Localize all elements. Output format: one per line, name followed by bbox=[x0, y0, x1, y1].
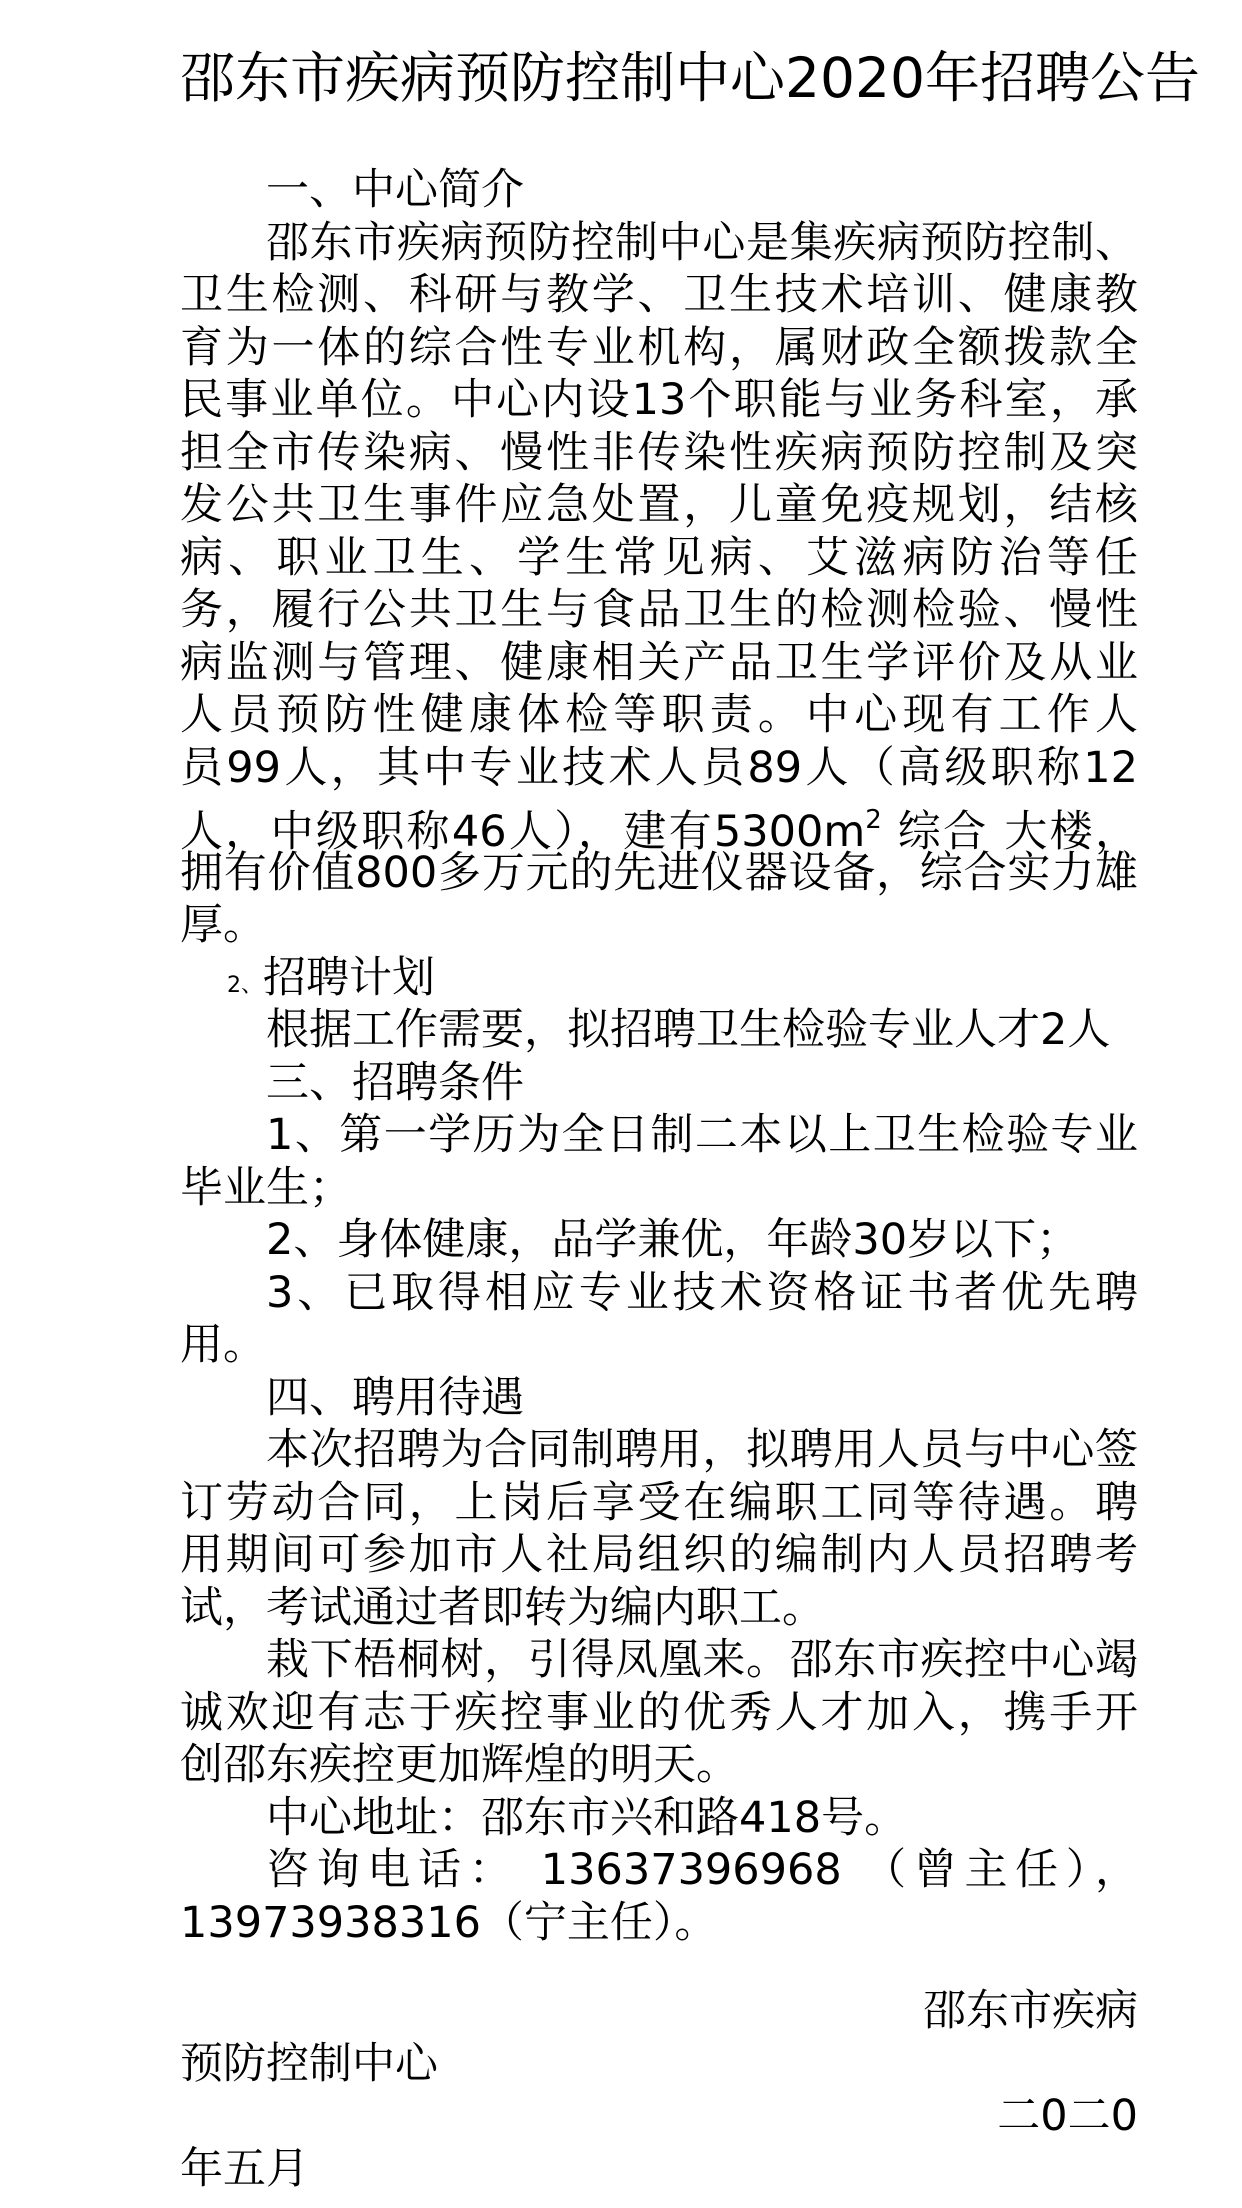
line-segment: 诚欢迎有志于疾控事业的优秀人才加入，携手开 bbox=[180, 1688, 1138, 1738]
line-segment: 创邵东疾控更加辉煌的明天。 bbox=[180, 1740, 739, 1790]
document-line: 育为一体的综合性专业机构，属财政全额拨款全 bbox=[180, 322, 1138, 375]
document-line: 务，履行公共卫生与食品卫生的检测检验、慢性 bbox=[180, 584, 1138, 637]
document-line: 卫生检测、科研与教学、卫生技术培训、健康教 bbox=[180, 269, 1138, 322]
line-segment: 二0二0 bbox=[997, 2091, 1138, 2141]
document-line: 试，考试通过者即转为编内职工。 bbox=[180, 1582, 1138, 1635]
line-segment: 育为一体的综合性专业机构，属财政全额拨款全 bbox=[180, 323, 1138, 373]
line-segment: 病监测与管理、健康相关产品卫生学评价及从业 bbox=[180, 638, 1138, 688]
line-segment: 本次招聘为合同制聘用，拟聘用人员与中心签 bbox=[266, 1425, 1138, 1475]
document-line: 发公共卫生事件应急处置，儿童免疫规划，结核 bbox=[180, 479, 1138, 532]
document-line: 诚欢迎有志于疾控事业的优秀人才加入，携手开 bbox=[180, 1687, 1138, 1740]
document-line: 病、职业卫生、学生常见病、艾滋病防治等任 bbox=[180, 532, 1138, 585]
line-segment: 邵东市疾病 bbox=[923, 1986, 1138, 2036]
document-line: 民事业单位。中心内设13个职能与业务科室，承 bbox=[180, 374, 1138, 427]
line-segment: 招聘计划 bbox=[263, 953, 435, 1003]
line-segment: 担全市传染病、慢性非传染性疾病预防控制及突 bbox=[180, 428, 1138, 478]
document-line: 邵东市疾病 bbox=[180, 1985, 1138, 2038]
document-line: 员99人，其中专业技术人员89人（高级职称12 bbox=[180, 742, 1138, 795]
line-segment: 民事业单位。中心内设13个职能与业务科室，承 bbox=[180, 375, 1138, 425]
line-segment: 用。 bbox=[180, 1320, 266, 1370]
line-segment: 邵东市疾病预防控制中心是集疾病预防控制、 bbox=[266, 218, 1138, 268]
line-segment: 一、中心简介 bbox=[266, 165, 524, 215]
line-segment: 务，履行公共卫生与食品卫生的检测检验、慢性 bbox=[180, 585, 1138, 635]
document-line: 年五月 bbox=[180, 2143, 1138, 2196]
line-segment: 试，考试通过者即转为编内职工。 bbox=[180, 1583, 825, 1633]
line-segment: 年五月 bbox=[180, 2144, 309, 2194]
document-line: 用期间可参加市人社局组织的编制内人员招聘考 bbox=[180, 1529, 1138, 1582]
document-line: 三、招聘条件 bbox=[180, 1057, 1138, 1110]
document-line: 栽下梧桐树，引得凤凰来。邵东市疾控中心竭 bbox=[180, 1634, 1138, 1687]
line-segment: 中心地址：邵东市兴和路418号。 bbox=[266, 1793, 907, 1843]
document-page: 邵东市疾病预防控制中心2020年招聘公告 一、中心简介邵东市疾病预防控制中心是集… bbox=[0, 0, 1242, 2208]
document-line: 订劳动合同，上岗后享受在编职工同等待遇。聘 bbox=[180, 1477, 1138, 1530]
line-segment-sup: 2 bbox=[865, 805, 882, 835]
line-segment: 用期间可参加市人社局组织的编制内人员招聘考 bbox=[180, 1530, 1138, 1580]
line-segment: 病、职业卫生、学生常见病、艾滋病防治等任 bbox=[180, 533, 1138, 583]
line-segment: 1、第一学历为全日制二本以上卫生检验专业 bbox=[266, 1110, 1138, 1160]
line-segment: 咨询电话： 13637396968 （曾主任）， bbox=[266, 1845, 1138, 1895]
document-line: 拥有价值800多万元的先进仪器设备，综合实力雄 bbox=[180, 847, 1138, 900]
document-line: 2、招聘计划 bbox=[180, 952, 1138, 1005]
document-line: 毕业生； bbox=[180, 1162, 1138, 1215]
line-segment-small: 2、 bbox=[227, 973, 263, 998]
line-segment: 四、聘用待遇 bbox=[266, 1373, 524, 1423]
line-segment: 订劳动合同，上岗后享受在编职工同等待遇。聘 bbox=[180, 1478, 1138, 1528]
document-line: 咨询电话： 13637396968 （曾主任）， bbox=[180, 1844, 1138, 1897]
line-segment: 发公共卫生事件应急处置，儿童免疫规划，结核 bbox=[180, 480, 1138, 530]
document-line: 2、身体健康，品学兼优，年龄30岁以下； bbox=[180, 1214, 1138, 1267]
line-segment: 根据工作需要，拟招聘卫生检验专业人才2人 bbox=[266, 1005, 1110, 1055]
line-segment: 预防控制中心 bbox=[180, 2039, 438, 2089]
document-body: 一、中心简介邵东市疾病预防控制中心是集疾病预防控制、卫生检测、科研与教学、卫生技… bbox=[180, 164, 1138, 1949]
signature-block: 邵东市疾病预防控制中心二0二0年五月 bbox=[180, 1985, 1138, 2195]
line-segment: 卫生检测、科研与教学、卫生技术培训、健康教 bbox=[180, 270, 1138, 320]
line-segment: 3、已取得相应专业技术资格证书者优先聘 bbox=[266, 1268, 1138, 1318]
document-line: 用。 bbox=[180, 1319, 1138, 1372]
page-title: 邵东市疾病预防控制中心2020年招聘公告 bbox=[180, 42, 1138, 114]
document-line: 13973938316（宁主任）。 bbox=[180, 1897, 1138, 1950]
document-line: 1、第一学历为全日制二本以上卫生检验专业 bbox=[180, 1109, 1138, 1162]
document-line: 中心地址：邵东市兴和路418号。 bbox=[180, 1792, 1138, 1845]
line-segment: 拥有价值800多万元的先进仪器设备，综合实力雄 bbox=[180, 848, 1138, 898]
document-line: 3、已取得相应专业技术资格证书者优先聘 bbox=[180, 1267, 1138, 1320]
line-segment: 2、身体健康，品学兼优，年龄30岁以下； bbox=[266, 1215, 1079, 1265]
document-line: 人员预防性健康体检等职责。中心现有工作人 bbox=[180, 689, 1138, 742]
document-line: 担全市传染病、慢性非传染性疾病预防控制及突 bbox=[180, 427, 1138, 480]
document-line: 本次招聘为合同制聘用，拟聘用人员与中心签 bbox=[180, 1424, 1138, 1477]
document-line: 二0二0 bbox=[180, 2090, 1138, 2143]
line-segment: 员99人，其中专业技术人员89人（高级职称12 bbox=[180, 743, 1138, 793]
document-line: 四、聘用待遇 bbox=[180, 1372, 1138, 1425]
line-segment: 栽下梧桐树，引得凤凰来。邵东市疾控中心竭 bbox=[266, 1635, 1138, 1685]
line-segment: 三、招聘条件 bbox=[266, 1058, 524, 1108]
line-segment: 人员预防性健康体检等职责。中心现有工作人 bbox=[180, 690, 1138, 740]
line-segment: 毕业生； bbox=[180, 1163, 352, 1213]
line-segment: 厚。 bbox=[180, 900, 266, 950]
document-line: 人，中级职称46人），建有5300m2 综合 大楼， bbox=[180, 794, 1138, 847]
document-line: 创邵东疾控更加辉煌的明天。 bbox=[180, 1739, 1138, 1792]
line-segment: 13973938316（宁主任）。 bbox=[180, 1898, 717, 1948]
document-line: 厚。 bbox=[180, 899, 1138, 952]
document-line: 预防控制中心 bbox=[180, 2038, 1138, 2091]
document-line: 邵东市疾病预防控制中心是集疾病预防控制、 bbox=[180, 217, 1138, 270]
document-line: 根据工作需要，拟招聘卫生检验专业人才2人 bbox=[180, 1004, 1138, 1057]
document-line: 病监测与管理、健康相关产品卫生学评价及从业 bbox=[180, 637, 1138, 690]
document-line: 一、中心简介 bbox=[180, 164, 1138, 217]
